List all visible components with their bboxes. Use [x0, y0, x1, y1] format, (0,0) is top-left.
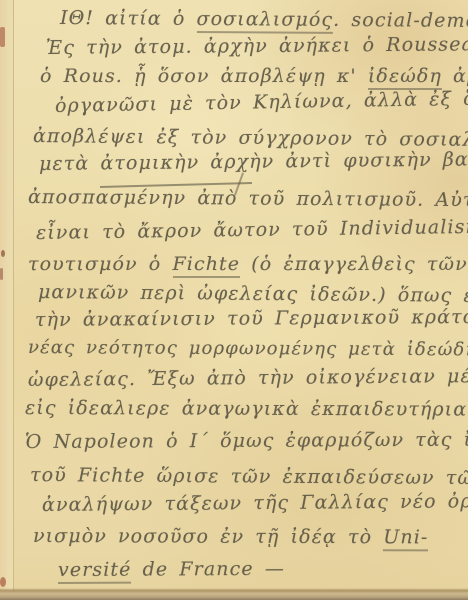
manuscript-line-10: μανικῶν περὶ ὠφελείας ἰδεῶν.) ὅπως ἐνενό…	[38, 280, 468, 309]
red-ink-speck	[0, 27, 5, 47]
line-text: ἀποσπασμένην ἀπὸ τοῦ πολιτισμοῦ. Αὐτὸ	[28, 186, 468, 211]
underlined-text: σοσιαλισμός	[196, 8, 333, 34]
line-text: τουτισμόν ὁ	[28, 253, 173, 275]
line-text: νέας νεότητος μορφωνομένης μετὰ ἰδεώδη ἐ…	[28, 337, 468, 361]
manuscript-line-9: τουτισμόν ὁ Fichte (ὁ ἐπαγγελθεὶς τῶν Γε…	[28, 252, 468, 276]
line-text: νισμὸν νοσοῦσο ἐν τῇ ἰδέᾳ τὸ	[33, 525, 383, 548]
line-text: τὴν ἀνακαίνισιν τοῦ Γερμανικοῦ κράτους δ…	[35, 305, 468, 331]
manuscript-line-16: τοῦ Fichte ὥρισε τῶν ἐκπαιδεύσεων τῶν	[30, 463, 468, 490]
manuscript-line-13: ὠφελείας. Ἔξω ἀπὸ τὴν οἰκογένειαν μέσα	[28, 364, 468, 392]
manuscript-line-19: versité de France —	[58, 557, 285, 582]
line-text: εἶναι τὸ ἄκρον ἄωτον τοῦ Individualism-	[36, 216, 468, 244]
manuscript-line-14: εἰς ἰδεαλιερε ἀναγωγικὰ ἐκπαιδευτήρια.	[25, 396, 468, 422]
manuscript-line-7: ἀποσπασμένην ἀπὸ τοῦ πολιτισμοῦ. Αὐτὸ	[28, 185, 468, 212]
manuscript-line-6: μετὰ ἀτομικὴν ἀρχὴν ἀντὶ φυσικὴν βαθέων	[39, 147, 468, 176]
manuscript-line-3: ὁ Rous. ᾗ ὅσον ἀποβλέψῃ κ' ἰδεώδη ἀρχήν	[40, 64, 468, 88]
underlined-text: ἰδεώδη	[368, 65, 442, 90]
manuscript-line-2: Ἐς τὴν ἀτομ. ἀρχὴν ἀνήκει ὁ Rousseau,	[46, 32, 468, 60]
line-text: (ὁ ἐπαγγελθεὶς τῶν Γερ-	[240, 253, 468, 275]
manuscript-line-17: ἀναλήψων τάξεων τῆς Γαλλίας νέο ὀργα-	[42, 489, 468, 517]
scanned-manuscript-page: ΙΘ! αἰτία ὁ σοσιαλισμός. social-demokrat…	[0, 0, 468, 600]
line-text: ἀναλήψων τάξεων τῆς Γαλλίας νέο ὀργα-	[42, 490, 468, 516]
line-text: Ἐς τὴν ἀτομ. ἀρχὴν ἀνήκει ὁ Rousseau,	[46, 33, 468, 59]
manuscript-line-1: ΙΘ! αἰτία ὁ σοσιαλισμός. social-demokrat…	[60, 6, 468, 33]
line-text: ὠφελείας. Ἔξω ἀπὸ τὴν οἰκογένειαν μέσα	[28, 365, 468, 391]
underlined-text-versite: versité	[58, 559, 132, 584]
line-text: ὁ Rous. ᾗ ὅσον ἀποβλέψῃ κ'	[40, 65, 368, 87]
line-text: μετὰ ἀτομικὴν ἀρχὴν ἀντὶ φυσικὴν βαθέων	[39, 148, 468, 175]
line-text: . social-demokratie	[333, 9, 468, 32]
manuscript-line-11: τὴν ἀνακαίνισιν τοῦ Γερμανικοῦ κράτους δ…	[35, 304, 468, 332]
red-ink-speck	[0, 577, 6, 587]
left-page-edge	[0, 0, 14, 600]
line-text: ΙΘ! αἰτία ὁ	[60, 7, 197, 30]
line-text: εἰς ἰδεαλιερε ἀναγωγικὰ ἐκπαιδευτήρια.	[25, 397, 468, 421]
red-ink-speck	[1, 250, 5, 257]
line-text: τοῦ Fichte ὥρισε τῶν ἐκπαιδεύσεων τῶν	[30, 464, 468, 489]
line-text: Ὁ Napoleon ὁ Ι΄ ὅμως ἐφαρμόζων τὰς ἰδέας	[25, 428, 468, 453]
manuscript-line-15: Ὁ Napoleon ὁ Ι΄ ὅμως ἐφαρμόζων τὰς ἰδέας	[25, 427, 468, 454]
bottom-page-edge-shadow	[0, 588, 468, 600]
manuscript-line-12: νέας νεότητος μορφωνομένης μετὰ ἰδεώδη ἐ…	[28, 336, 468, 363]
underlined-text-uni: Uni-	[383, 526, 428, 551]
line-text: de France —	[131, 558, 285, 581]
line-text: ἀρχήν	[442, 65, 468, 87]
underlined-text-fichte: Fichte	[173, 253, 241, 278]
line-text: μανικῶν περὶ ὠφελείας ἰδεῶν.) ὅπως ἐνενό…	[38, 281, 468, 308]
manuscript-line-18: νισμὸν νοσοῦσο ἐν τῇ ἰδέᾳ τὸ Uni-	[33, 524, 429, 549]
red-ink-speck	[0, 268, 3, 280]
